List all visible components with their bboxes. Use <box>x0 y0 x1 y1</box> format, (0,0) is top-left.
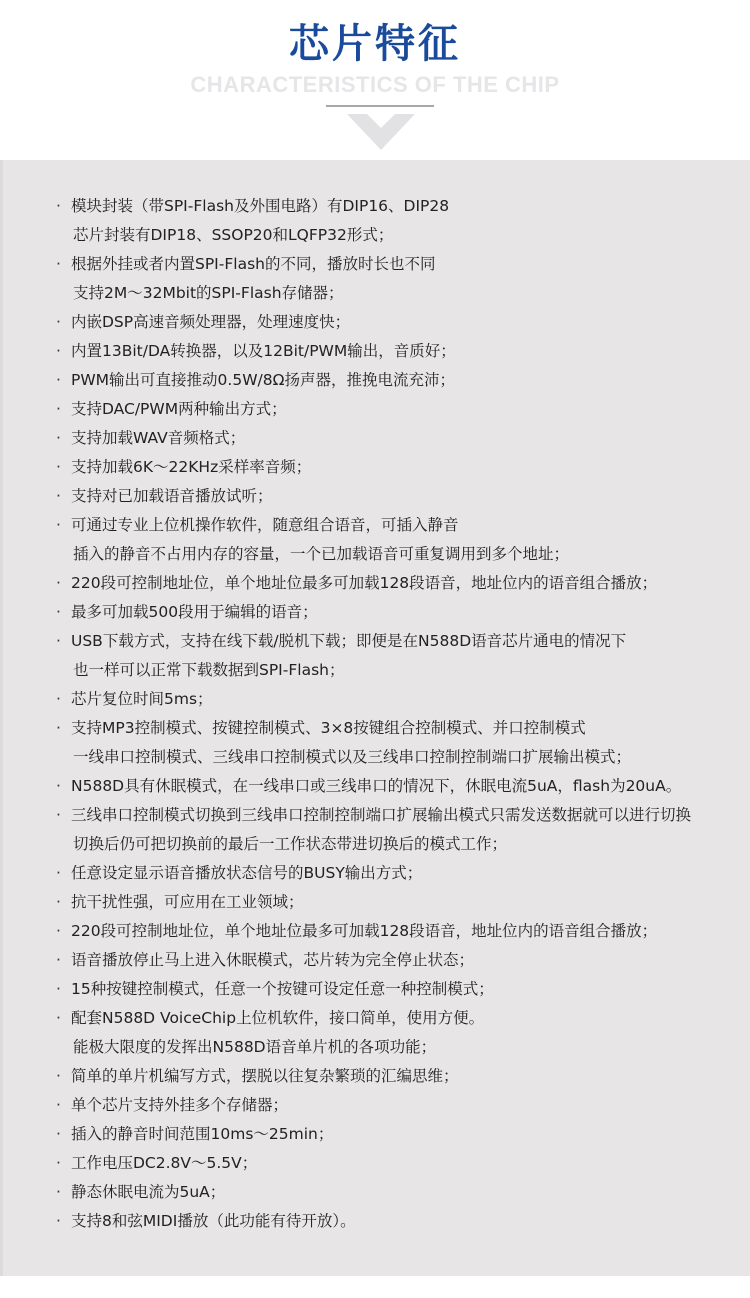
feature-text-continuation: 也一样可以正常下载数据到SPI-Flash； <box>56 656 746 685</box>
feature-item: ·工作电压DC2.8V～5.5V； <box>56 1149 746 1178</box>
title-divider <box>326 105 434 107</box>
feature-item: ·语音播放停止马上进入休眠模式，芯片转为完全停止状态； <box>56 946 746 975</box>
feature-text: 根据外挂或者内置SPI-Flash的不同，播放时长也不同 <box>56 250 746 279</box>
feature-item: ·抗干扰性强，可应用在工业领域； <box>56 888 746 917</box>
bullet-icon: · <box>56 975 70 1004</box>
bullet-icon: · <box>56 337 70 366</box>
feature-text: 三线串口控制模式切换到三线串口控制控制端口扩展输出模式只需发送数据就可以进行切换 <box>56 801 746 830</box>
feature-item: ·简单的单片机编写方式，摆脱以往复杂繁琐的汇编思维； <box>56 1062 746 1091</box>
feature-item: ·USB下载方式，支持在线下载/脱机下载；即便是在N588D语音芯片通电的情况下… <box>56 627 746 685</box>
bullet-icon: · <box>56 859 70 888</box>
feature-text: 支持加载WAV音频格式； <box>56 424 746 453</box>
feature-text-continuation: 支持2M～32Mbit的SPI-Flash存储器； <box>56 279 746 308</box>
bullet-icon: · <box>56 946 70 975</box>
feature-text: 支持DAC/PWM两种输出方式； <box>56 395 746 424</box>
section-header: 芯片特征 CHARACTERISTICS OF THE CHIP <box>0 0 750 160</box>
feature-item: ·支持加载6K～22KHz采样率音频； <box>56 453 746 482</box>
feature-text: 支持对已加载语音播放试听； <box>56 482 746 511</box>
bullet-icon: · <box>56 192 70 221</box>
feature-text: 220段可控制地址位，单个地址位最多可加载128段语音，地址位内的语音组合播放； <box>56 569 746 598</box>
feature-text: 芯片复位时间5ms； <box>56 685 746 714</box>
feature-item: ·220段可控制地址位，单个地址位最多可加载128段语音，地址位内的语音组合播放… <box>56 569 746 598</box>
bullet-icon: · <box>56 395 70 424</box>
bullet-icon: · <box>56 250 70 279</box>
feature-item: ·支持MP3控制模式、按键控制模式、3×8按键组合控制模式、并口控制模式一线串口… <box>56 714 746 772</box>
feature-text: 语音播放停止马上进入休眠模式，芯片转为完全停止状态； <box>56 946 746 975</box>
feature-text: 最多可加载500段用于编辑的语音； <box>56 598 746 627</box>
feature-item: ·静态休眠电流为5uA； <box>56 1178 746 1207</box>
feature-item: ·单个芯片支持外挂多个存储器； <box>56 1091 746 1120</box>
bullet-icon: · <box>56 308 70 337</box>
feature-item: ·220段可控制地址位，单个地址位最多可加载128段语音，地址位内的语音组合播放… <box>56 917 746 946</box>
feature-text-continuation: 一线串口控制模式、三线串口控制模式以及三线串口控制控制端口扩展输出模式； <box>56 743 746 772</box>
feature-item: ·最多可加载500段用于编辑的语音； <box>56 598 746 627</box>
feature-text: 内置13Bit/DA转换器，以及12Bit/PWM输出，音质好； <box>56 337 746 366</box>
feature-text: 工作电压DC2.8V～5.5V； <box>56 1149 746 1178</box>
bullet-icon: · <box>56 453 70 482</box>
feature-item: ·芯片复位时间5ms； <box>56 685 746 714</box>
feature-text: 支持加载6K～22KHz采样率音频； <box>56 453 746 482</box>
feature-item: ·内置13Bit/DA转换器，以及12Bit/PWM输出，音质好； <box>56 337 746 366</box>
bullet-icon: · <box>56 801 70 830</box>
bullet-icon: · <box>56 482 70 511</box>
bullet-icon: · <box>56 888 70 917</box>
feature-text: 220段可控制地址位，单个地址位最多可加载128段语音，地址位内的语音组合播放； <box>56 917 746 946</box>
feature-item: ·PWM输出可直接推动0.5W/8Ω扬声器，推挽电流充沛； <box>56 366 746 395</box>
feature-text: N588D具有休眠模式，在一线串口或三线串口的情况下，休眠电流5uA，flash… <box>56 772 746 801</box>
feature-item: ·支持对已加载语音播放试听； <box>56 482 746 511</box>
bullet-icon: · <box>56 1091 70 1120</box>
feature-list: ·模块封装（带SPI-Flash及外围电路）有DIP16、DIP28芯片封装有D… <box>56 192 746 1236</box>
bullet-icon: · <box>56 917 70 946</box>
feature-item: ·支持DAC/PWM两种输出方式； <box>56 395 746 424</box>
bullet-icon: · <box>56 598 70 627</box>
bullet-icon: · <box>56 1062 70 1091</box>
bullet-icon: · <box>56 424 70 453</box>
bullet-icon: · <box>56 1004 70 1033</box>
feature-item: ·N588D具有休眠模式，在一线串口或三线串口的情况下，休眠电流5uA，flas… <box>56 772 746 801</box>
bullet-icon: · <box>56 1207 70 1236</box>
feature-item: ·模块封装（带SPI-Flash及外围电路）有DIP16、DIP28芯片封装有D… <box>56 192 746 250</box>
feature-text: USB下载方式，支持在线下载/脱机下载；即便是在N588D语音芯片通电的情况下 <box>56 627 746 656</box>
feature-item: ·15种按键控制模式，任意一个按键可设定任意一种控制模式； <box>56 975 746 1004</box>
feature-text-continuation: 插入的静音不占用内存的容量，一个已加载语音可重复调用到多个地址； <box>56 540 746 569</box>
feature-item: ·三线串口控制模式切换到三线串口控制控制端口扩展输出模式只需发送数据就可以进行切… <box>56 801 746 859</box>
feature-item: ·配套N588D VoiceChip上位机软件，接口简单，使用方便。能极大限度的… <box>56 1004 746 1062</box>
feature-text: PWM输出可直接推动0.5W/8Ω扬声器，推挽电流充沛； <box>56 366 746 395</box>
feature-text: 单个芯片支持外挂多个存储器； <box>56 1091 746 1120</box>
feature-text-continuation: 切换后仍可把切换前的最后一工作状态带进切换后的模式工作； <box>56 830 746 859</box>
feature-text: 简单的单片机编写方式，摆脱以往复杂繁琐的汇编思维； <box>56 1062 746 1091</box>
feature-text: 内嵌DSP高速音频处理器，处理速度快； <box>56 308 746 337</box>
section-subtitle: CHARACTERISTICS OF THE CHIP <box>0 72 750 98</box>
feature-item: ·任意设定显示语音播放状态信号的BUSY输出方式； <box>56 859 746 888</box>
feature-item: ·支持加载WAV音频格式； <box>56 424 746 453</box>
feature-text: 15种按键控制模式，任意一个按键可设定任意一种控制模式； <box>56 975 746 1004</box>
feature-text: 可通过专业上位机操作软件，随意组合语音，可插入静音 <box>56 511 746 540</box>
feature-text: 静态休眠电流为5uA； <box>56 1178 746 1207</box>
feature-text: 配套N588D VoiceChip上位机软件，接口简单，使用方便。 <box>56 1004 746 1033</box>
chevron-down-icon <box>347 114 415 150</box>
bullet-icon: · <box>56 685 70 714</box>
bullet-icon: · <box>56 1178 70 1207</box>
bullet-icon: · <box>56 1149 70 1178</box>
feature-item: ·插入的静音时间范围10ms～25min； <box>56 1120 746 1149</box>
bullet-icon: · <box>56 627 70 656</box>
feature-text: 支持MP3控制模式、按键控制模式、3×8按键组合控制模式、并口控制模式 <box>56 714 746 743</box>
feature-text-continuation: 芯片封装有DIP18、SSOP20和LQFP32形式； <box>56 221 746 250</box>
bullet-icon: · <box>56 714 70 743</box>
feature-text-continuation: 能极大限度的发挥出N588D语音单片机的各项功能； <box>56 1033 746 1062</box>
feature-item: ·可通过专业上位机操作软件，随意组合语音，可插入静音插入的静音不占用内存的容量，… <box>56 511 746 569</box>
section-title: 芯片特征 <box>0 18 750 70</box>
bullet-icon: · <box>56 569 70 598</box>
feature-text: 插入的静音时间范围10ms～25min； <box>56 1120 746 1149</box>
feature-item: ·支持8和弦MIDI播放（此功能有待开放）。 <box>56 1207 746 1236</box>
feature-item: ·内嵌DSP高速音频处理器，处理速度快； <box>56 308 746 337</box>
bullet-icon: · <box>56 511 70 540</box>
feature-text: 模块封装（带SPI-Flash及外围电路）有DIP16、DIP28 <box>56 192 746 221</box>
panel-edge <box>0 160 3 1276</box>
feature-text: 支持8和弦MIDI播放（此功能有待开放）。 <box>56 1207 746 1236</box>
bullet-icon: · <box>56 772 70 801</box>
bullet-icon: · <box>56 1120 70 1149</box>
bullet-icon: · <box>56 366 70 395</box>
feature-text: 抗干扰性强，可应用在工业领域； <box>56 888 746 917</box>
feature-text: 任意设定显示语音播放状态信号的BUSY输出方式； <box>56 859 746 888</box>
feature-item: ·根据外挂或者内置SPI-Flash的不同，播放时长也不同支持2M～32Mbit… <box>56 250 746 308</box>
